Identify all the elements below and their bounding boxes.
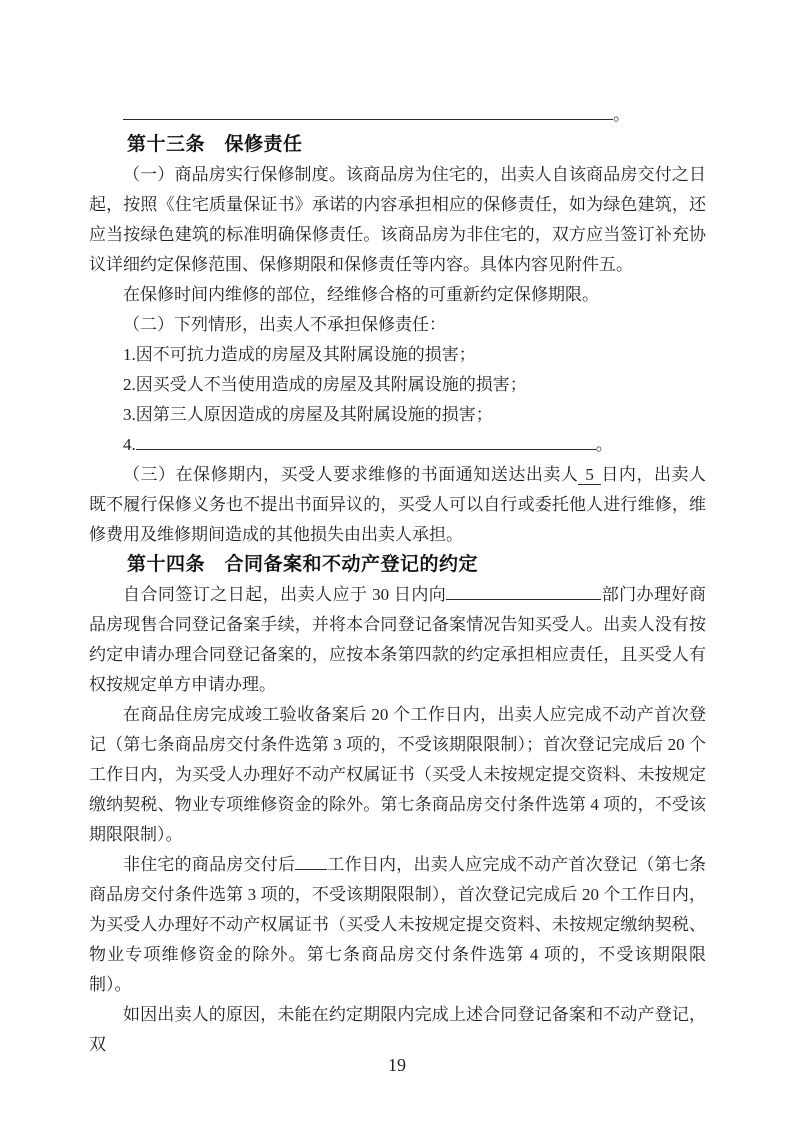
text-segment: （一）商品房实行保修制度。该商品房为住宅的，出卖人自该商品房交付之日起，按照《住… xyxy=(89,165,706,274)
article-13-clause-3: （三）在保修期内，买受人要求维修的书面通知送达出卖人5日内，出卖人既不履行保修义… xyxy=(89,460,706,550)
fill-in-blank xyxy=(295,855,327,870)
text-segment: 工作日内，出卖人应完成不动产首次登记（第七条商品房交付条件选第 3 项的，不受该… xyxy=(89,855,706,994)
article-14-para-2: 在商品住房完成竣工验收备案后 20 个工作日内，出卖人应完成不动产首次登记（第七… xyxy=(89,700,706,850)
document-body: 。第十三条 保修责任（一）商品房实行保修制度。该商品房为住宅的，出卖人自该商品房… xyxy=(0,0,794,1060)
article-13-clause-2-item-4: 4.。 xyxy=(89,430,706,460)
text-segment: 自合同签订之日起，出卖人应于 30 日内向 xyxy=(123,585,446,604)
text-segment: 在商品住房完成竣工验收备案后 20 个工作日内，出卖人应完成不动产首次登记（第七… xyxy=(89,705,706,844)
article-13-clause-2-item-1: 1.因不可抗力造成的房屋及其附属设施的损害； xyxy=(89,340,706,370)
text-segment: 如因出卖人的原因，未能在约定期限内完成上述合同登记备案和不动产登记，双 xyxy=(89,1005,706,1054)
article-13-clause-2-intro: （二）下列情形，出卖人不承担保修责任： xyxy=(89,310,706,340)
continuation-blank-line: 。 xyxy=(89,100,706,130)
contract-page: 。第十三条 保修责任（一）商品房实行保修制度。该商品房为住宅的，出卖人自该商品房… xyxy=(0,0,794,1122)
fill-in-blank xyxy=(446,585,601,600)
article-13-clause-1: （一）商品房实行保修制度。该商品房为住宅的，出卖人自该商品房交付之日起，按照《住… xyxy=(89,160,706,280)
article-13-clause-2-item-2: 2.因买受人不当使用造成的房屋及其附属设施的损害； xyxy=(89,370,706,400)
text-segment: 4. xyxy=(123,435,136,454)
article-14-para-3: 非住宅的商品房交付后工作日内，出卖人应完成不动产首次登记（第七条商品房交付条件选… xyxy=(89,850,706,1000)
article-14-heading: 第十四条 合同备案和不动产登记的约定 xyxy=(89,550,706,580)
text-segment: 非住宅的商品房交付后 xyxy=(123,855,295,874)
text-segment: （三）在保修期内，买受人要求维修的书面通知送达出卖人 xyxy=(123,465,578,484)
article-13-clause-2-item-3: 3.因第三人原因造成的房屋及其附属设施的损害； xyxy=(89,400,706,430)
text-segment: （二）下列情形，出卖人不承担保修责任： xyxy=(123,315,446,334)
fill-in-blank xyxy=(123,105,613,120)
text-segment: 1.因不可抗力造成的房屋及其附属设施的损害； xyxy=(123,345,476,364)
article-13-clause-1-note: 在保修时间内维修的部位，经维修合格的可重新约定保修期限。 xyxy=(89,280,706,310)
article-14-para-1: 自合同签订之日起，出卖人应于 30 日内向部门办理好商品房现售合同登记备案手续，… xyxy=(89,580,706,700)
fill-in-blank: 5 xyxy=(578,465,601,485)
text-segment: 。 xyxy=(613,105,630,124)
page-number: 19 xyxy=(0,1055,794,1076)
text-segment: 在保修时间内维修的部位，经维修合格的可重新约定保修期限。 xyxy=(123,285,599,304)
article-14-para-4: 如因出卖人的原因，未能在约定期限内完成上述合同登记备案和不动产登记，双 xyxy=(89,1000,706,1060)
article-13-heading: 第十三条 保修责任 xyxy=(89,130,706,160)
text-segment: 3.因第三人原因造成的房屋及其附属设施的损害； xyxy=(123,405,493,424)
text-segment: 。 xyxy=(596,435,613,454)
fill-in-blank xyxy=(136,435,596,450)
text-segment: 2.因买受人不当使用造成的房屋及其附属设施的损害； xyxy=(123,375,527,394)
